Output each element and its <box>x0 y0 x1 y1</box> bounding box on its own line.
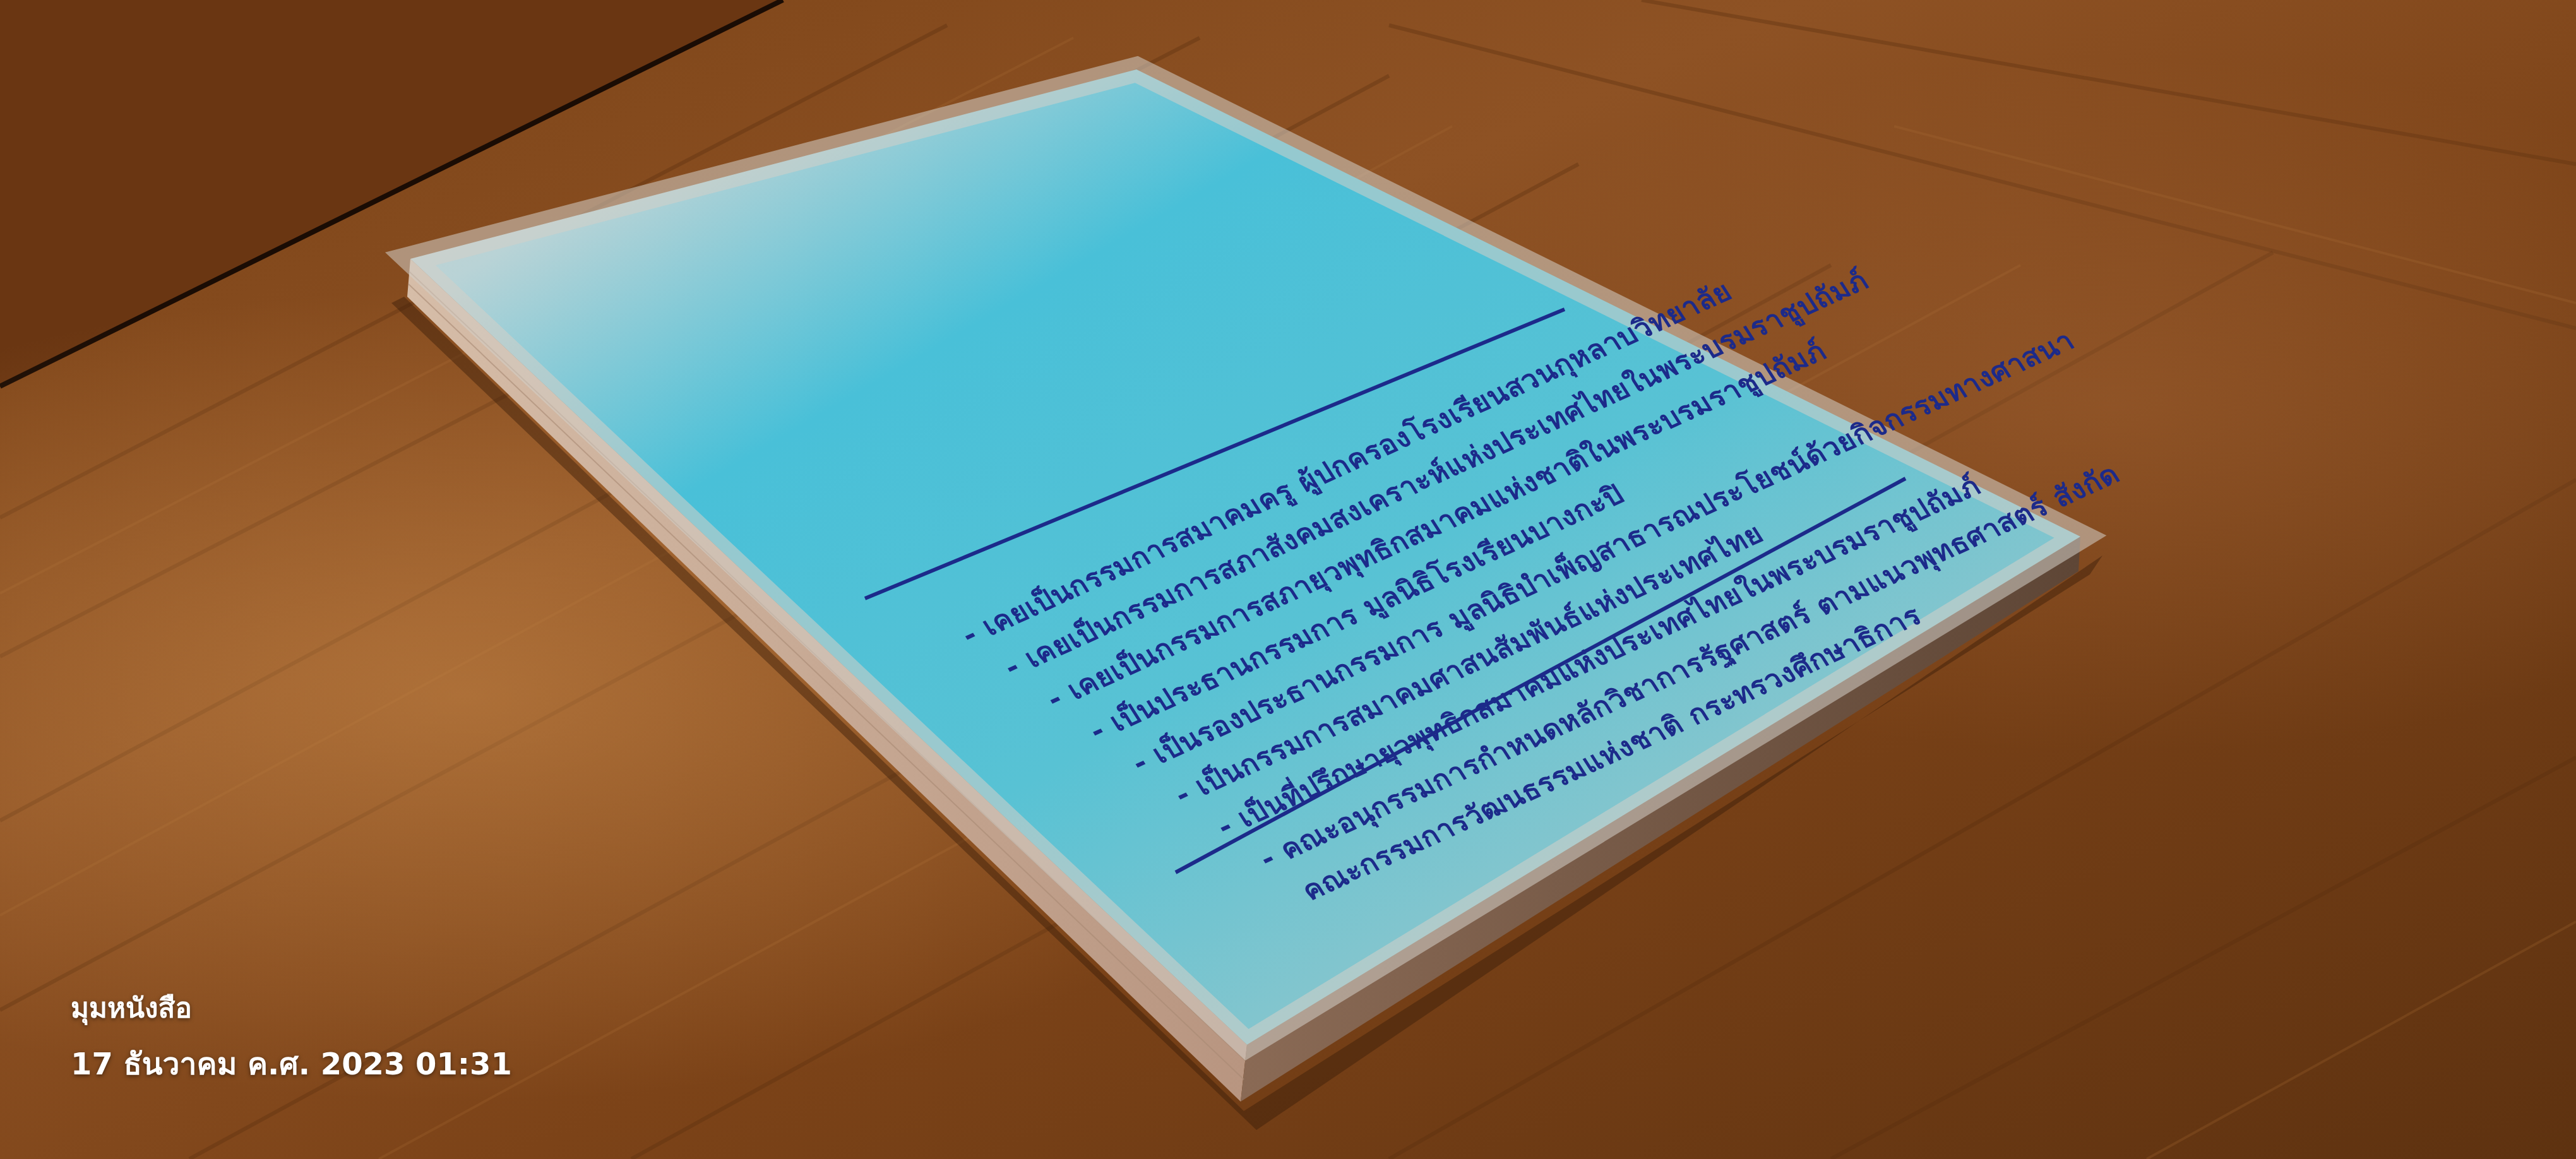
watermark-title: มุมหนังสือ <box>71 986 192 1030</box>
photo-scene: - เคยเป็นกรรมการสมาคมครู ผู้ปกครองโรงเรี… <box>0 0 2576 1159</box>
watermark-datetime: 17 ธันวาคม ค.ศ. 2023 01:31 <box>71 1040 512 1088</box>
